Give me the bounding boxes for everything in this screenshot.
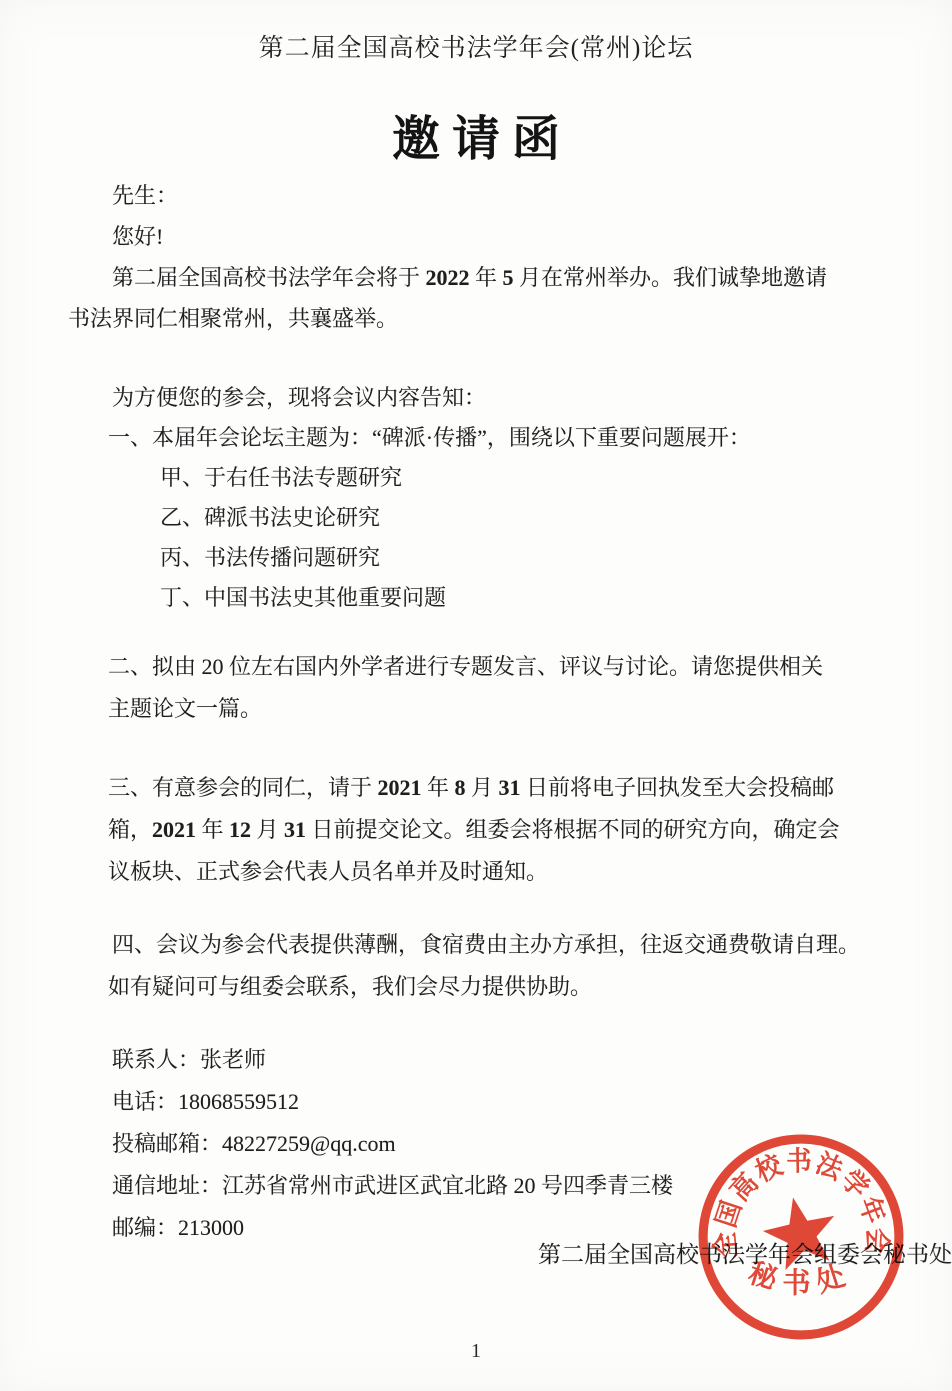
greeting-line: 您好! [0, 216, 952, 257]
page-number: 1 [0, 1340, 952, 1363]
item-3-line-3: 议板块、正式参会代表人员名单并及时通知。 [0, 851, 952, 893]
opening-block: 先生： 您好! 第二届全国高校书法学年会将于 2022 年 5 月在常州举办。我… [0, 175, 952, 339]
item-3-block: 三、有意参会的同仁，请于 2021 年 8 月 31 日前将电子回执发至大会投稿… [0, 767, 952, 893]
item-1-sub-3: 丙、书法传播问题研究 [0, 538, 952, 578]
item-4-block: 四、会议为参会代表提供薄酬，食宿费由主办方承担，往返交通费敬请自理。 如有疑问可… [0, 924, 952, 1008]
notice-intro-line: 为方便您的参会，现将会议内容告知： [0, 378, 952, 418]
contact-block: 联系人：张老师 电话：18068559512 投稿邮箱：48227259@qq.… [0, 1039, 952, 1249]
letter-title: 邀请函 [0, 100, 952, 169]
month-bold: 5 [503, 265, 514, 290]
contact-phone-line: 电话：18068559512 [0, 1081, 952, 1123]
salutation-line: 先生： [0, 175, 952, 216]
item-3-line-2: 箱，2021 年 12 月 31 日前提交论文。组委会将根据不同的研究方向，确定… [0, 809, 952, 851]
item-1-sub-4: 丁、中国书法史其他重要问题 [0, 578, 952, 618]
scanned-letter-page: 第二届全国高校书法学年会(常州)论坛 邀请函 先生： 您好! 第二届全国高校书法… [0, 0, 952, 1391]
agenda-block: 为方便您的参会，现将会议内容告知： 一、本届年会论坛主题为：“碑派·传播”，围绕… [0, 378, 952, 618]
year-bold: 2022 [426, 265, 470, 290]
item-2-line-1: 二、拟由 20 位左右国内外学者进行专题发言、评议与讨论。请您提供相关 [0, 646, 952, 688]
contact-person-line: 联系人：张老师 [0, 1039, 952, 1081]
item-2-block: 二、拟由 20 位左右国内外学者进行专题发言、评议与讨论。请您提供相关 主题论文… [0, 646, 952, 730]
contact-address-line: 通信地址：江苏省常州市武进区武宜北路 20 号四季青三楼 [0, 1165, 952, 1207]
item-1-head: 一、本届年会论坛主题为：“碑派·传播”，围绕以下重要问题展开： [0, 418, 952, 458]
contact-email-line: 投稿邮箱：48227259@qq.com [0, 1123, 952, 1165]
forum-title: 第二届全国高校书法学年会(常州)论坛 [0, 28, 952, 64]
item-4-line-1: 四、会议为参会代表提供薄酬，食宿费由主办方承担，往返交通费敬请自理。 [0, 924, 952, 966]
item-1-sub-2: 乙、碑派书法史论研究 [0, 498, 952, 538]
intro-line-1: 第二届全国高校书法学年会将于 2022 年 5 月在常州举办。我们诚挚地邀请 [0, 257, 952, 298]
intro-line-2: 书法界同仁相聚常州，共襄盛举。 [0, 298, 952, 339]
item-1-sub-1: 甲、于右任书法专题研究 [0, 458, 952, 498]
item-3-line-1: 三、有意参会的同仁，请于 2021 年 8 月 31 日前将电子回执发至大会投稿… [0, 767, 952, 809]
signature-line: 第二届全国高校书法学年会组委会秘书处 [0, 1236, 952, 1269]
item-4-line-2: 如有疑问可与组委会联系，我们会尽力提供协助。 [0, 966, 952, 1008]
item-2-line-2: 主题论文一篇。 [0, 688, 952, 730]
